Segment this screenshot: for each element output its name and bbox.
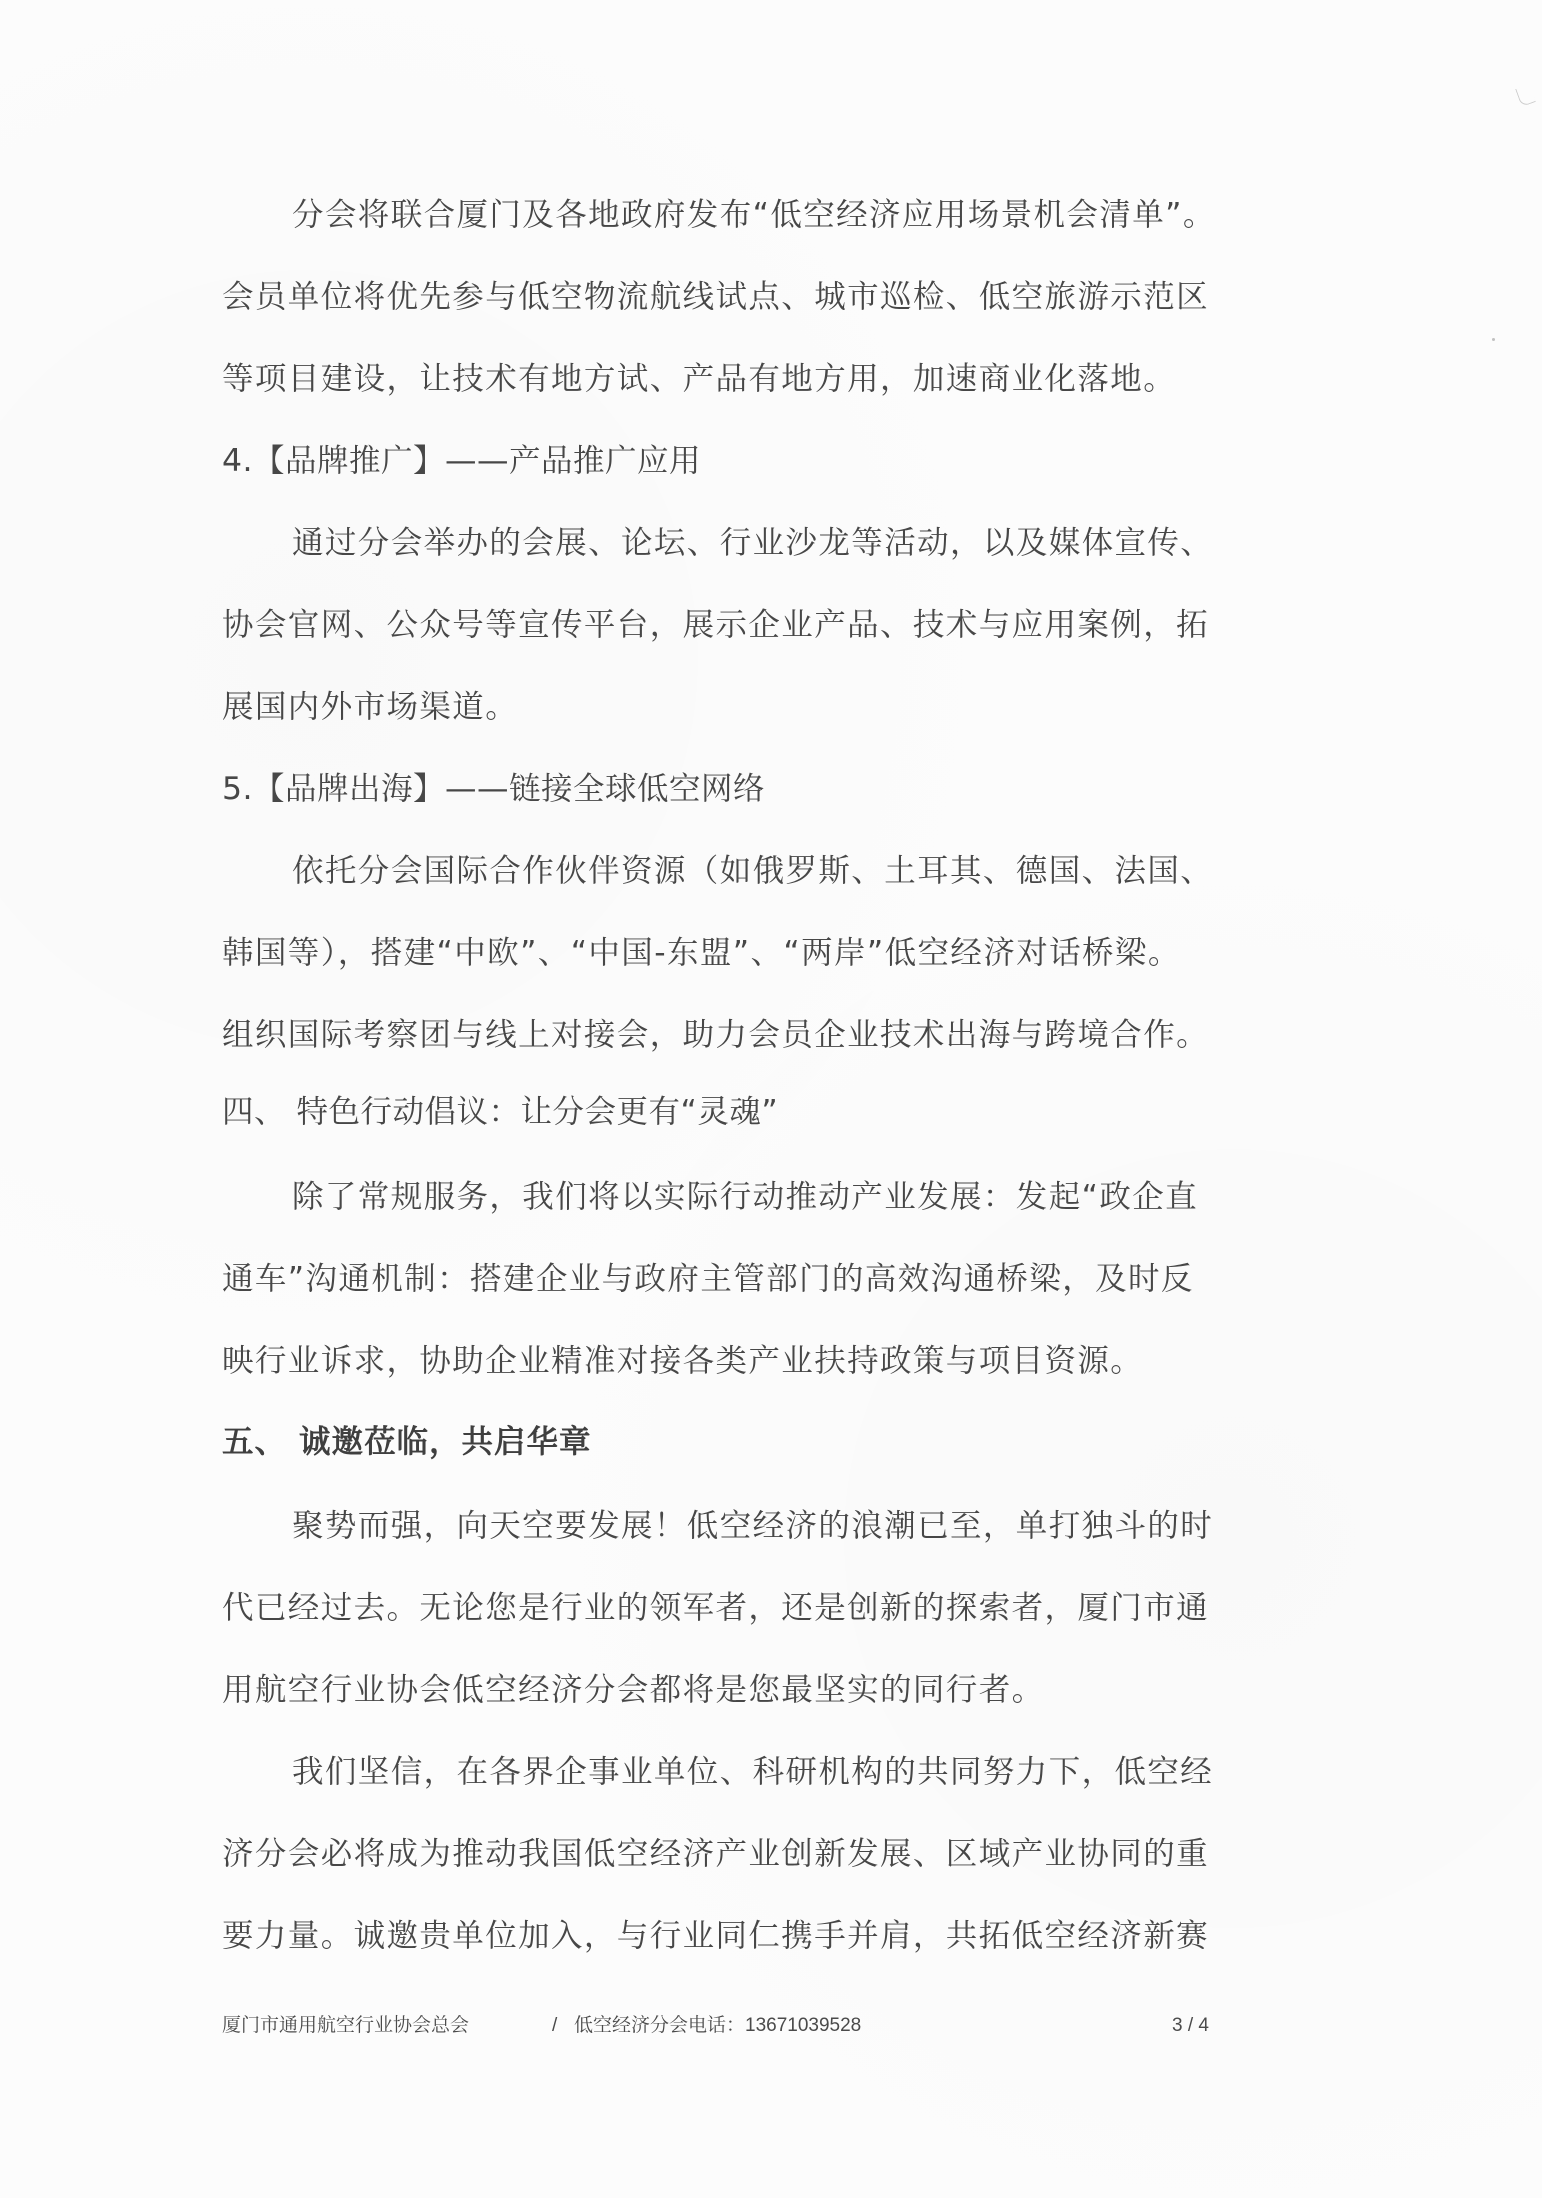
- paragraph-line: 会员单位将优先参与低空物流航线试点、城市巡检、低空旅游示范区: [222, 277, 1332, 317]
- paragraph-line: 通过分会举办的会展、论坛、行业沙龙等活动，以及媒体宣传、: [292, 523, 1402, 563]
- footer-organization: 厦门市通用航空行业协会总会: [222, 2012, 469, 2040]
- section5-heading: 五、 诚邀莅临，共启华章: [222, 1422, 1332, 1462]
- footer-separator: /: [552, 2012, 557, 2040]
- scan-speck: [1492, 338, 1495, 341]
- paragraph-line: 代已经过去。无论您是行业的领军者，还是创新的探索者，厦门市通: [222, 1588, 1332, 1628]
- paragraph-line: 等项目建设，让技术有地方试、产品有地方用，加速商业化落地。: [222, 359, 1332, 399]
- paragraph-line: 我们坚信，在各界企事业单位、科研机构的共同努力下，低空经: [292, 1752, 1402, 1792]
- paragraph-line: 协会官网、公众号等宣传平台，展示企业产品、技术与应用案例，拓: [222, 605, 1332, 645]
- paragraph-line: 韩国等），搭建“中欧”、“中国-东盟”、“两岸”低空经济对话桥梁。: [222, 933, 1332, 973]
- paragraph-line: 分会将联合厦门及各地政府发布“低空经济应用场景机会清单”。: [292, 195, 1402, 235]
- paragraph-line: 映行业诉求，协助企业精准对接各类产业扶持政策与项目资源。: [222, 1341, 1332, 1381]
- paragraph-line: 济分会必将成为推动我国低空经济产业创新发展、区域产业协同的重: [222, 1834, 1332, 1874]
- paragraph-line: 通车”沟通机制：搭建企业与政府主管部门的高效沟通桥梁，及时反: [222, 1259, 1332, 1299]
- page-number: 3 / 4: [1172, 2012, 1209, 2040]
- paragraph-line: 要力量。诚邀贵单位加入，与行业同仁携手并肩，共拓低空经济新赛: [222, 1916, 1332, 1956]
- paragraph-line: 聚势而强，向天空要发展！低空经济的浪潮已至，单打独斗的时: [292, 1506, 1402, 1546]
- paragraph-line: 用航空行业协会低空经济分会都将是您最坚实的同行者。: [222, 1670, 1332, 1710]
- paragraph-line: 组织国际考察团与线上对接会，助力会员企业技术出海与跨境合作。: [222, 1015, 1332, 1055]
- footer-phone: 低空经济分会电话：13671039528: [574, 2012, 861, 2040]
- item4-heading: 4.【品牌推广】——产品推广应用: [222, 441, 1332, 481]
- item5-heading: 5.【品牌出海】——链接全球低空网络: [222, 769, 1332, 809]
- section4-heading: 四、 特色行动倡议：让分会更有“灵魂”: [222, 1092, 1332, 1132]
- paragraph-line: 依托分会国际合作伙伴资源（如俄罗斯、土耳其、德国、法国、: [292, 851, 1402, 891]
- paragraph-line: 除了常规服务，我们将以实际行动推动产业发展：发起“政企直: [292, 1177, 1402, 1217]
- paragraph-line: 展国内外市场渠道。: [222, 687, 1332, 727]
- document-page: 分会将联合厦门及各地政府发布“低空经济应用场景机会清单”。 会员单位将优先参与低…: [0, 0, 1542, 2198]
- scan-artifact-mark: [1515, 84, 1536, 107]
